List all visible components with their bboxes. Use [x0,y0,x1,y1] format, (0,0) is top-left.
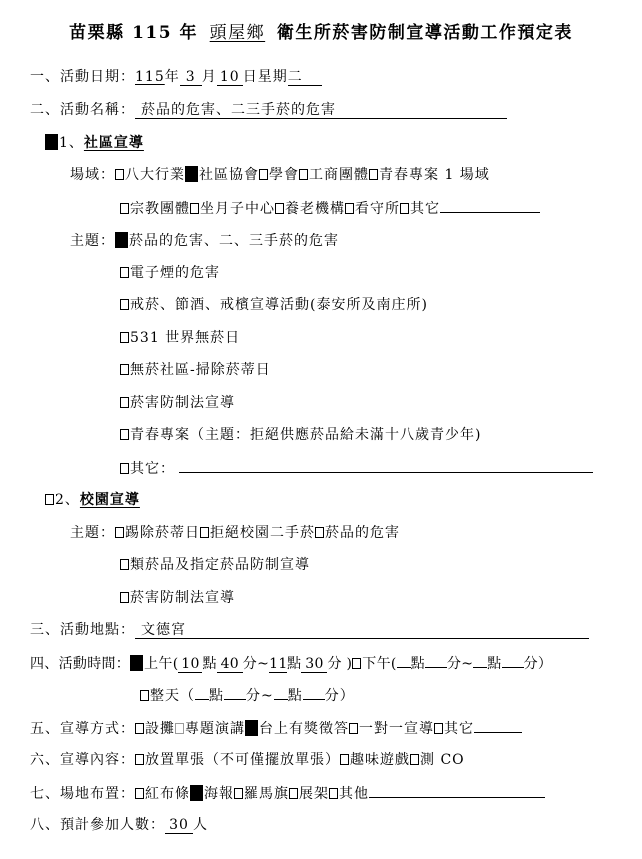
method-checkbox-1[interactable] [175,723,184,734]
attendance-label: 八、預計參加人數： [30,817,165,833]
community-checkbox[interactable] [45,134,58,150]
community-topic-label-6: 青春專案（主題：拒絕供應菸品給未滿十八歲青少年) [130,427,481,443]
am-checkbox[interactable] [130,655,143,671]
community-topic-checkbox-2[interactable] [120,299,129,310]
community-topic-label: 主題： [70,233,115,249]
pm-close: 分） [524,656,553,672]
activity-name-label: 二、活動名稱： [30,102,135,118]
layout-option-0: 紅布條 [145,786,190,802]
date-row: 一、活動日期：115年3月10日星期二 [30,67,322,87]
day-field[interactable]: 10 [217,69,243,86]
campus-topic-label: 主題： [70,525,115,541]
am-label: 上午( [144,656,178,672]
layout-option-3: 展架 [299,786,329,802]
attendance-field[interactable]: 30 [165,817,193,834]
community-topic-row-7: 其它： [120,458,593,479]
pm-label: 下午( [362,656,396,672]
venue-checkbox-4[interactable] [369,169,378,180]
layout-checkbox-0[interactable] [135,788,144,799]
venue-row-1: 場域：八大行業社區協會學會工商團體青春專案 1 場域 [70,165,490,185]
pm-start-hour-field[interactable] [397,653,411,668]
location-field[interactable]: 文德宮 [135,622,589,639]
layout-option-4: 其他 [339,786,369,802]
community-topic-label-5: 菸害防制法宣導 [130,395,235,411]
community-topic-label-3: 531 世界無菸日 [130,330,240,346]
venue-label: 場域： [70,167,115,183]
community-topic-row-2: 戒菸、節酒、戒檳宣導活動(泰安所及南庄所) [120,295,428,315]
campus-topic-row-3: 菸害防制法宣導 [120,588,235,608]
allday-start-hour-field[interactable] [195,685,209,700]
campus-topic-label-4: 菸害防制法宣導 [130,590,235,606]
campus-topic-checkbox-3[interactable] [120,559,129,570]
layout-checkbox-2[interactable] [234,788,243,799]
year-field[interactable]: 115 [135,69,165,85]
content-option-0: 放置單張（不可僅擺放單張） [145,752,340,768]
month-unit: 月 [202,69,217,85]
community-topic-label-1: 電子煙的危害 [130,265,220,281]
venue-label-4: 青春專案 1 場域 [379,167,490,183]
layout-row: 七、場地布置：紅布條海報羅馬旗展架其他 [30,783,545,804]
venue-checkbox-0[interactable] [115,169,124,180]
venue-label-1: 社區協會 [199,167,259,183]
hour-unit: 點 [487,656,501,672]
campus-topic-row-2: 類菸品及指定菸品防制宣導 [120,555,310,575]
allday-close: 分） [325,688,355,704]
venue-label-9: 其它 [410,201,440,217]
weekday-field[interactable]: 二 [288,69,322,86]
community-topic-row-1: 電子煙的危害 [120,263,220,283]
venue-checkbox-5[interactable] [120,203,129,214]
am-start-hour-field[interactable]: 10 [178,656,202,673]
location-row: 三、活動地點：文德宮 [30,620,589,640]
community-topic-checkbox-0[interactable] [115,232,128,248]
allday-checkbox[interactable] [140,690,149,701]
method-checkbox-3[interactable] [349,723,358,734]
community-topic-row-6: 青春專案（主題：拒絕供應菸品給未滿十八歲青少年) [120,425,481,445]
campus-topic-label-1: 拒絕校園二手菸 [210,525,315,541]
community-topic-checkbox-1[interactable] [120,267,129,278]
min-unit: 分~ [246,688,274,704]
hour-unit: 點 [411,656,425,672]
campus-checkbox[interactable] [45,494,54,505]
method-option-4: 其它 [444,721,474,737]
method-label: 五、宣導方式： [30,721,135,737]
campus-topic-checkbox-1[interactable] [200,527,209,538]
time-label: 四、活動時間： [30,656,130,672]
campus-heading: 校園宣導 [80,492,140,508]
am-start-min-field[interactable]: 40 [217,656,243,673]
pm-checkbox[interactable] [352,658,361,669]
campus-heading-row: 2、校園宣導 [45,490,140,510]
venue-label-7: 養老機構 [285,201,345,217]
campus-number: 2、 [55,492,80,508]
venue-label-2: 學會 [269,167,299,183]
method-option-0: 設攤 [145,721,175,737]
campus-topic-row-1: 主題：踢除菸蒂日拒絕校園二手菸菸品的危害 [70,523,400,543]
community-heading-row: 1、社區宣導 [45,133,144,153]
community-topic-checkbox-6[interactable] [120,429,129,440]
hour-unit: 點 [202,656,216,672]
layout-other-field[interactable] [369,783,545,798]
venue-checkbox-3[interactable] [299,169,308,180]
venue-label-8: 看守所 [355,201,400,217]
community-topic-label-4: 無菸社區-掃除菸蒂日 [130,362,271,378]
community-topic-row-4: 無菸社區-掃除菸蒂日 [120,360,271,380]
venue-checkbox-8[interactable] [345,203,354,214]
content-checkbox-2[interactable] [410,754,419,765]
title-suffix: 衛生所菸害防制宣導活動工作預定表 [277,23,573,43]
form-title: 苗栗縣 115 年 頭屋鄉 衛生所菸害防制宣導活動工作預定表 [0,18,642,43]
min-unit: 分~ [447,656,473,672]
hour-unit: 點 [209,688,224,704]
allday-start-min-field[interactable] [224,685,246,700]
month-field[interactable]: 3 [180,69,202,86]
activity-name-field[interactable]: 菸品的危害、二三手菸的危害 [135,102,507,119]
pm-end-hour-field[interactable] [473,653,487,668]
community-topic-other-field[interactable] [179,458,593,473]
year-unit: 年 [165,69,180,85]
layout-checkbox-1[interactable] [190,785,203,801]
venue-checkbox-9[interactable] [400,203,409,214]
community-topic-label-7: 其它： [130,461,175,477]
method-option-2: 台上有獎徵答 [259,721,349,737]
venue-label-3: 工商團體 [309,167,369,183]
campus-topic-checkbox-4[interactable] [120,592,129,603]
content-checkbox-0[interactable] [135,754,144,765]
activity-name-row: 二、活動名稱：菸品的危害、二三手菸的危害 [30,100,507,120]
attendance-row: 八、預計參加人數：30人 [30,815,208,835]
community-topic-checkbox-5[interactable] [120,397,129,408]
pm-end-min-field[interactable] [502,653,524,668]
content-row: 六、宣導內容：放置單張（不可僅擺放單張）趣味遊戲測 CO [30,750,465,770]
community-topic-row-3: 531 世界無菸日 [120,328,240,348]
community-topic-checkbox-7[interactable] [120,463,129,474]
date-label: 一、活動日期： [30,69,135,85]
venue-checkbox-6[interactable] [190,203,199,214]
layout-option-1: 海報 [204,786,234,802]
venue-other-field[interactable] [440,198,540,213]
day-unit: 日星期 [243,69,288,85]
allday-row: 整天（點分~點分） [140,685,355,706]
township-field[interactable]: 頭屋鄉 [205,18,269,43]
hour-unit: 點 [287,656,301,672]
venue-label-5: 宗教團體 [130,201,190,217]
community-topic-label-2: 戒菸、節酒、戒檳宣導活動(泰安所及南庄所) [130,297,428,313]
method-option-1: 專題演講 [185,721,245,737]
venue-checkbox-1[interactable] [185,166,198,182]
community-number: 1、 [59,135,84,151]
campus-topic-label-3: 類菸品及指定菸品防制宣導 [130,557,310,573]
content-label: 六、宣導內容： [30,752,135,768]
am-close: 分 ) [327,656,352,672]
method-row: 五、宣導方式：設攤專題演講台上有獎徵答一對一宣導其它 [30,718,522,739]
content-checkbox-1[interactable] [340,754,349,765]
content-option-1: 趣味遊戲 [350,752,410,768]
community-heading: 社區宣導 [84,135,144,151]
allday-end-hour-field[interactable] [274,685,288,700]
venue-label-6: 坐月子中心 [200,201,275,217]
hour-unit: 點 [288,688,303,704]
venue-checkbox-7[interactable] [275,203,284,214]
layout-option-2: 羅馬旗 [244,786,289,802]
method-checkbox-4[interactable] [434,723,443,734]
method-option-3: 一對一宣導 [359,721,434,737]
method-checkbox-0[interactable] [135,723,144,734]
campus-topic-checkbox-2[interactable] [315,527,324,538]
campus-topic-label-2: 菸品的危害 [325,525,400,541]
method-other-field[interactable] [474,718,522,733]
form-page: 苗栗縣 115 年 頭屋鄉 衛生所菸害防制宣導活動工作預定表 一、活動日期：11… [0,0,642,859]
am-end-min-field[interactable]: 30 [301,656,327,673]
community-topic-checkbox-3[interactable] [120,332,129,343]
layout-checkbox-3[interactable] [289,788,298,799]
content-option-2: 測 CO [420,752,465,768]
community-topic-checkbox-4[interactable] [120,364,129,375]
title-prefix: 苗栗縣 115 年 [69,23,198,43]
venue-row-2: 宗教團體坐月子中心養老機構看守所其它 [120,198,540,219]
layout-checkbox-4[interactable] [329,788,338,799]
allday-end-min-field[interactable] [303,685,325,700]
layout-label: 七、場地布置： [30,786,135,802]
pm-start-min-field[interactable] [425,653,447,668]
location-label: 三、活動地點： [30,622,135,638]
attendance-unit: 人 [193,817,208,833]
campus-topic-checkbox-0[interactable] [115,527,124,538]
community-topic-row-5: 菸害防制法宣導 [120,393,235,413]
method-checkbox-2[interactable] [245,720,258,736]
am-end-hour-field[interactable]: 11 [269,656,287,673]
community-topic-label-0: 菸品的危害、二、三手菸的危害 [129,233,339,249]
venue-label-0: 八大行業 [125,167,185,183]
community-topic-row-0: 主題：菸品的危害、二、三手菸的危害 [70,231,339,251]
venue-checkbox-2[interactable] [259,169,268,180]
min-unit: 分~ [243,656,269,672]
allday-label: 整天（ [150,688,195,704]
campus-topic-label-0: 踢除菸蒂日 [125,525,200,541]
time-row: 四、活動時間：上午(10點40分~11點30分 )下午(點分~點分） [30,653,552,674]
